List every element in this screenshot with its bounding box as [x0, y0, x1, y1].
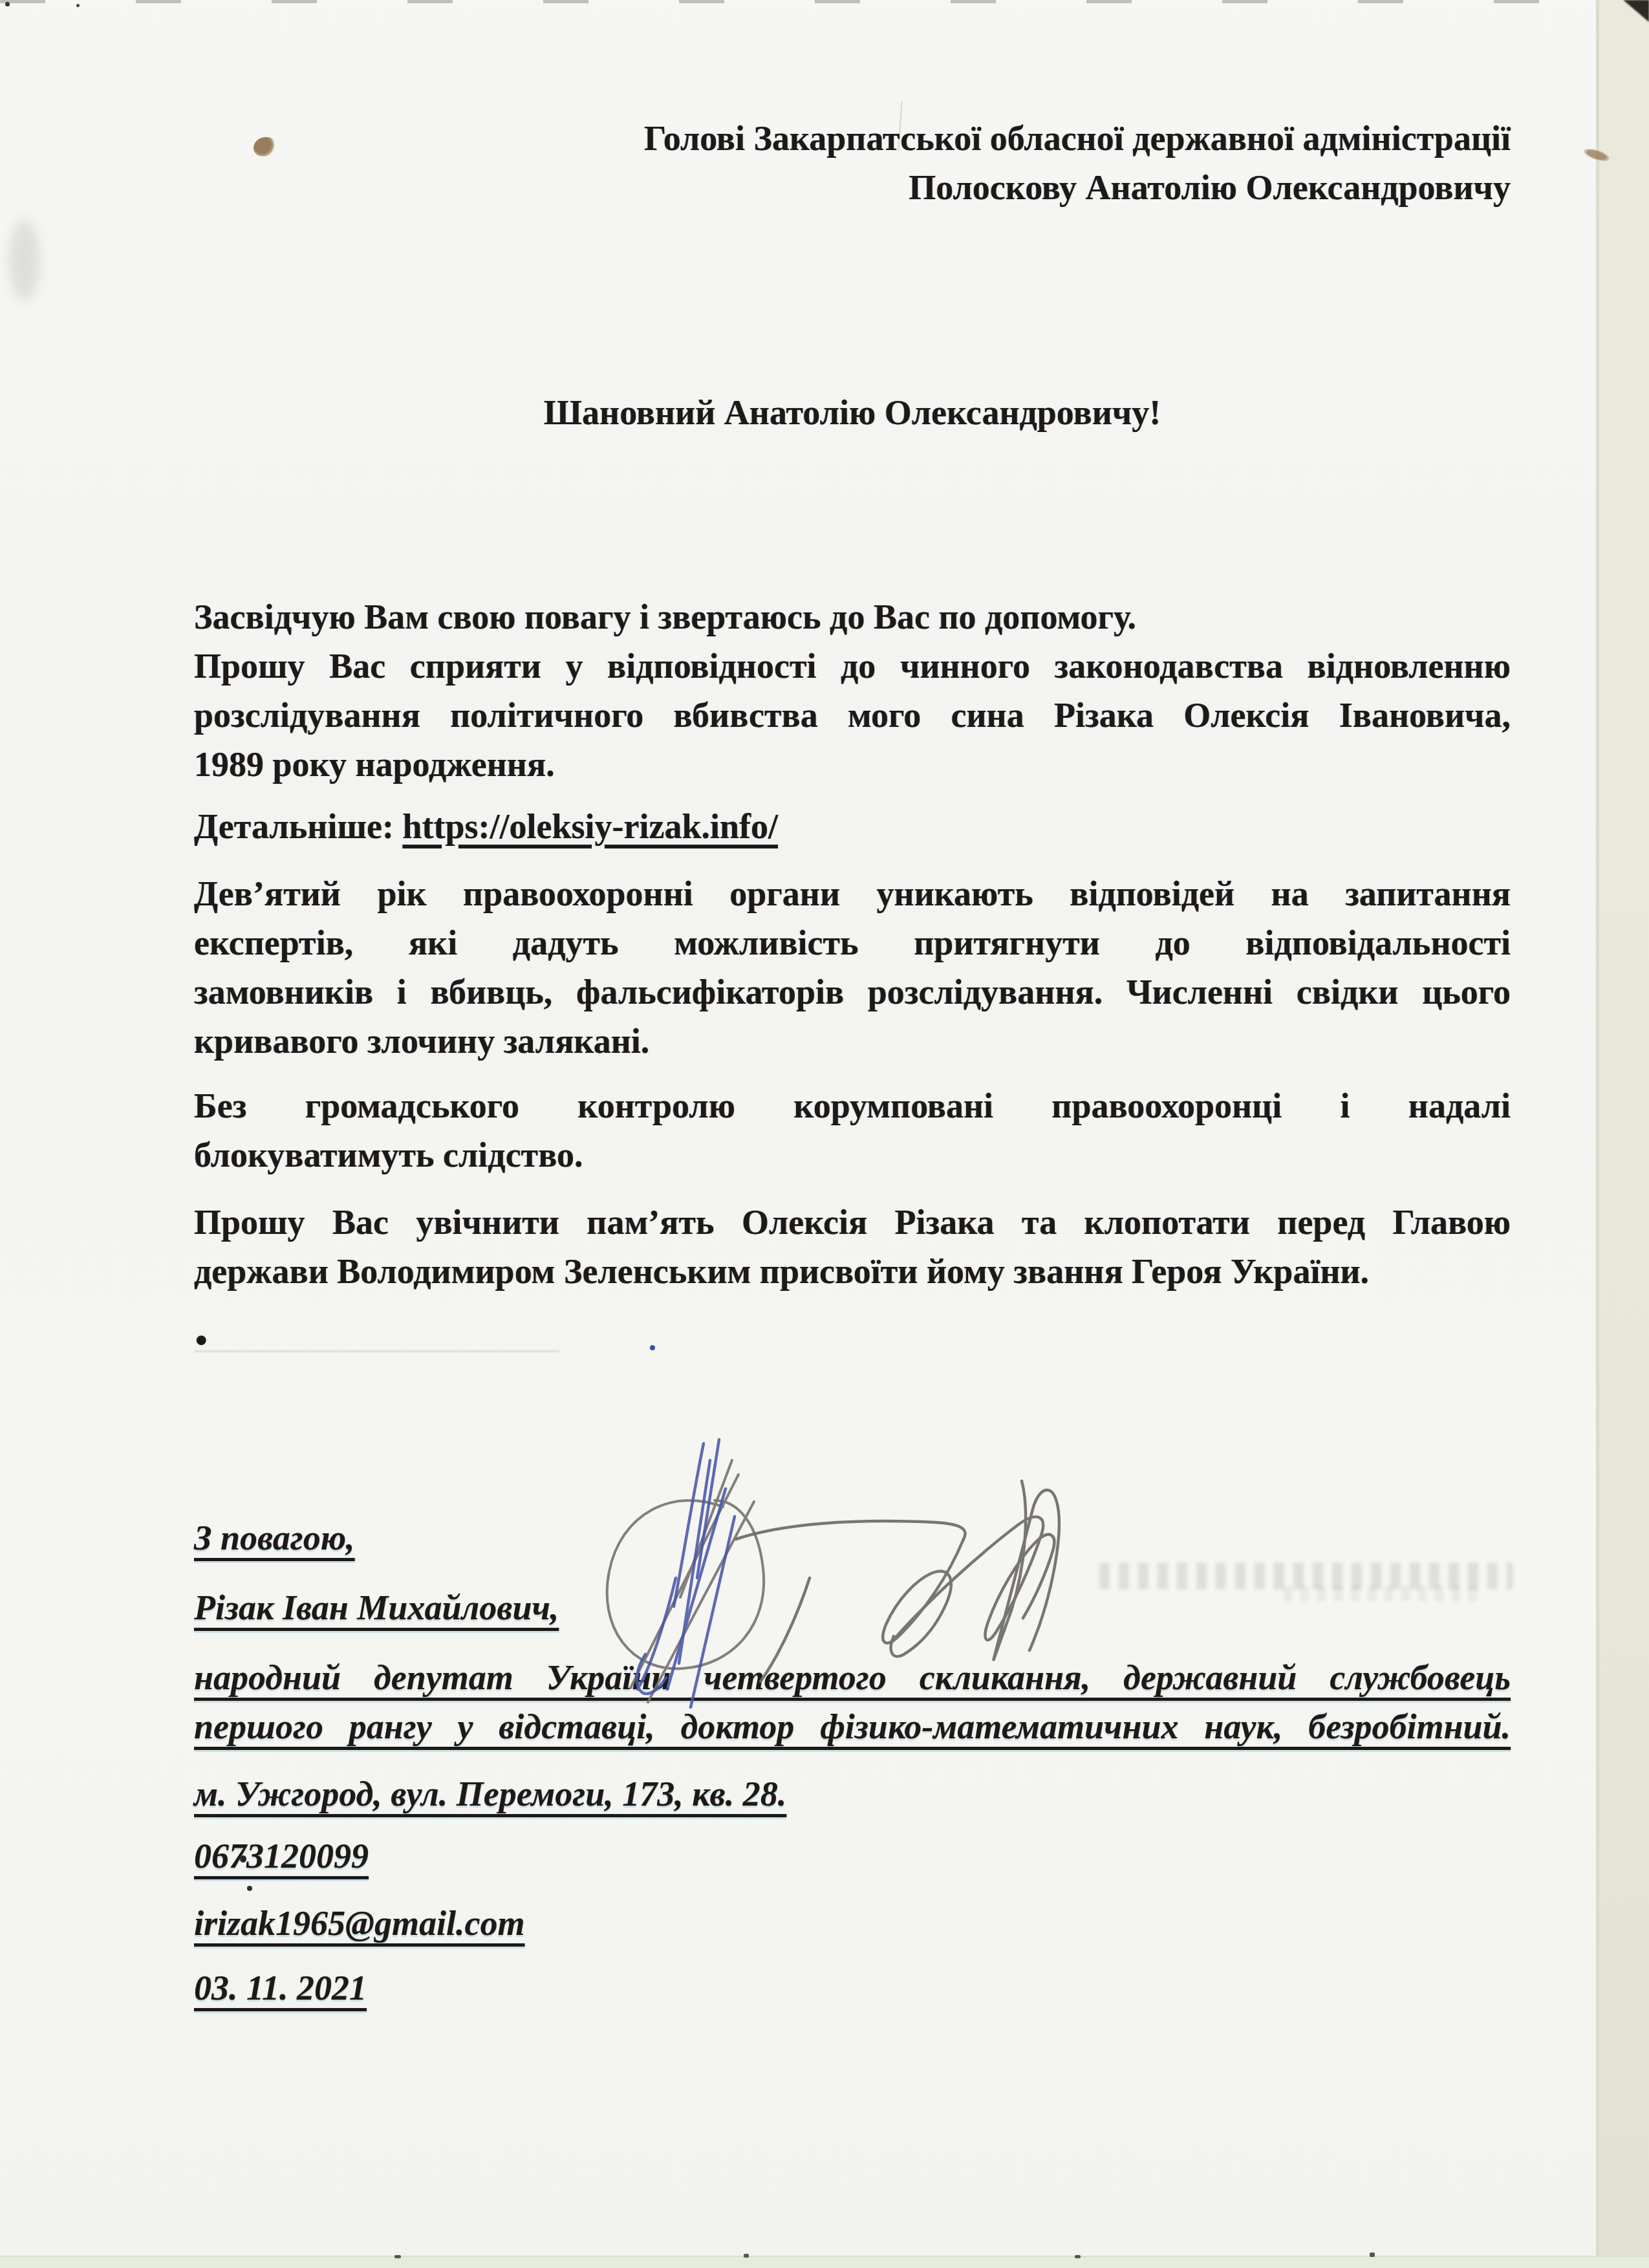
- signature-name-text: Різак Іван Михайлович,: [194, 1588, 559, 1627]
- paragraph-line: блокуватимуть слідство.: [194, 1130, 1511, 1180]
- signature-date: 03. 11. 2021: [194, 1963, 1511, 2013]
- pen-stroke-gray: [607, 1460, 764, 1702]
- signature-email-text: irizak1965@gmail.com: [194, 1904, 524, 1943]
- details-line: Детальніше: https://oleksiy-rizak.info/: [194, 802, 1511, 851]
- scanned-letter-page: Голові Закарпатської обласної державної …: [0, 0, 1649, 2268]
- signature-email: irizak1965@gmail.com: [194, 1899, 1511, 1948]
- paper-smudge: [9, 220, 40, 301]
- paragraph-line: кривавого злочину залякані.: [194, 1017, 1511, 1066]
- paragraph-line: Дев’ятий рік правоохоронні органи уникаю…: [194, 869, 1511, 918]
- signature-address: м. Ужгород, вул. Перемоги, 173, кв. 28.: [194, 1769, 1511, 1819]
- signature-scribble: [569, 1384, 1073, 1714]
- signature-closing-text: З повагою,: [194, 1518, 355, 1557]
- paper-speck: [5, 2, 10, 6]
- addressee-line-1: Голові Закарпатської обласної державної …: [194, 114, 1511, 163]
- signature-phone-text: 0673120099: [194, 1837, 369, 1875]
- stray-period: .: [194, 1297, 1511, 1355]
- signature-address-text: м. Ужгород, вул. Перемоги, 173, кв. 28.: [194, 1775, 786, 1813]
- paper-speck: [394, 2255, 401, 2258]
- addressee-line-2: Полоскову Анатолію Олександровичу: [194, 163, 1511, 212]
- paper-speck: [76, 4, 80, 7]
- paper-speck: [247, 1886, 252, 1891]
- signature-date-text: 03. 11. 2021: [194, 1969, 367, 2007]
- paragraph-line: замовників і вбивць, фальсифікаторів роз…: [194, 967, 1511, 1017]
- details-label: Детальніше:: [194, 807, 394, 846]
- body-paragraph-4: Прошу Вас увічнити пам’ять Олексія Різак…: [194, 1198, 1511, 1296]
- paragraph-line: Прошу Вас сприяти у відповідності до чин…: [194, 642, 1511, 691]
- paper-speck: [1075, 2255, 1081, 2258]
- paragraph-line: експертів, які дадуть можливість притягн…: [194, 918, 1511, 967]
- addressee-block: Голові Закарпатської обласної державної …: [194, 114, 1511, 212]
- paragraph-line: Засвідчую Вам свою повагу і звертаюсь до…: [194, 592, 1511, 642]
- salutation: Шановний Анатолію Олександровичу!: [194, 388, 1511, 437]
- bottom-edge-strip: [0, 2256, 1649, 2268]
- paragraph-line: 1989 року народження.: [194, 740, 1511, 789]
- details-url: https://oleksiy-rizak.info/: [402, 807, 778, 846]
- body-paragraph-2: Дев’ятий рік правоохоронні органи уникаю…: [194, 869, 1511, 1066]
- paper-speck: [1370, 2252, 1375, 2257]
- top-edge-artifacts: [0, 0, 1602, 3]
- paragraph-line: Без громадського контролю корумповані пр…: [194, 1081, 1511, 1130]
- body-paragraph-1: Засвідчую Вам свою повагу і звертаюсь до…: [194, 592, 1511, 789]
- paragraph-line: розслідування політичного вбивства мого …: [194, 691, 1511, 740]
- paragraph-line: держави Володимиром Зеленським присвоїти…: [194, 1247, 1511, 1296]
- body-paragraph-3: Без громадського контролю корумповані пр…: [194, 1081, 1511, 1180]
- paper-speck: [744, 2254, 749, 2258]
- corner-shadow: [1623, 0, 1649, 22]
- page-edge-strip: [1596, 0, 1649, 2268]
- paragraph-line: Прошу Вас увічнити пам’ять Олексія Різак…: [194, 1198, 1511, 1247]
- pen-stroke-gray: [736, 1481, 1059, 1681]
- bleed-through-band: [1284, 1586, 1484, 1601]
- signature-phone: 0673120099: [194, 1831, 1511, 1881]
